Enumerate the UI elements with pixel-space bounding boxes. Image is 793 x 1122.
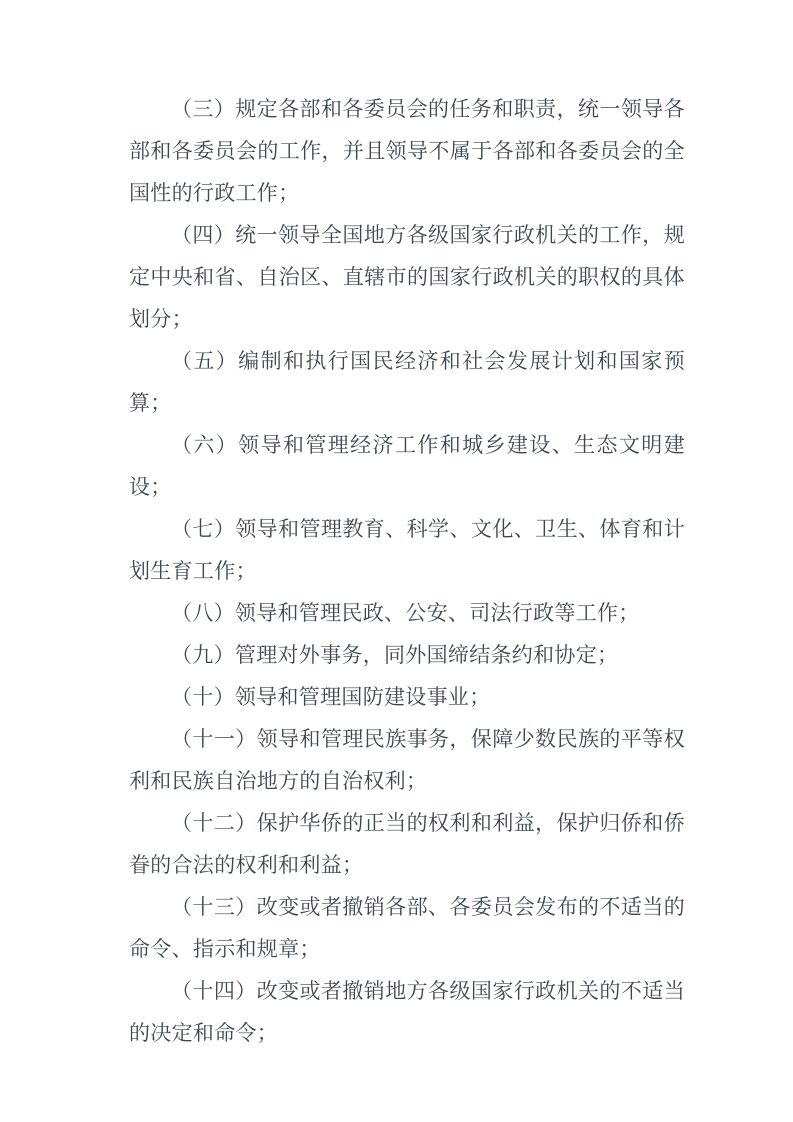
clause-8: （八）领导和管理民政、公安、司法行政等工作； (129, 592, 685, 634)
clause-12: （十二）保护华侨的正当的权利和利益，保护归侨和侨眷的合法的权利和利益； (129, 802, 685, 886)
clause-5: （五）编制和执行国民经济和社会发展计划和国家预算； (129, 340, 685, 424)
clause-3: （三）规定各部和各委员会的任务和职责，统一领导各部和各委员会的工作，并且领导不属… (129, 88, 685, 214)
clause-13: （十三）改变或者撤销各部、各委员会发布的不适当的命令、指示和规章； (129, 886, 685, 970)
clause-10: （十）领导和管理国防建设事业； (129, 676, 685, 718)
document-page: （三）规定各部和各委员会的任务和职责，统一领导各部和各委员会的工作，并且领导不属… (0, 0, 793, 1122)
clause-4: （四）统一领导全国地方各级国家行政机关的工作，规定中央和省、自治区、直辖市的国家… (129, 214, 685, 340)
clause-14: （十四）改变或者撤销地方各级国家行政机关的不适当的决定和命令； (129, 970, 685, 1054)
document-text-block: （三）规定各部和各委员会的任务和职责，统一领导各部和各委员会的工作，并且领导不属… (129, 88, 685, 1054)
clause-11: （十一）领导和管理民族事务，保障少数民族的平等权利和民族自治地方的自治权利； (129, 718, 685, 802)
clause-9: （九）管理对外事务，同外国缔结条约和协定； (129, 634, 685, 676)
clause-7: （七）领导和管理教育、科学、文化、卫生、体育和计划生育工作； (129, 508, 685, 592)
clause-6: （六）领导和管理经济工作和城乡建设、生态文明建设； (129, 424, 685, 508)
